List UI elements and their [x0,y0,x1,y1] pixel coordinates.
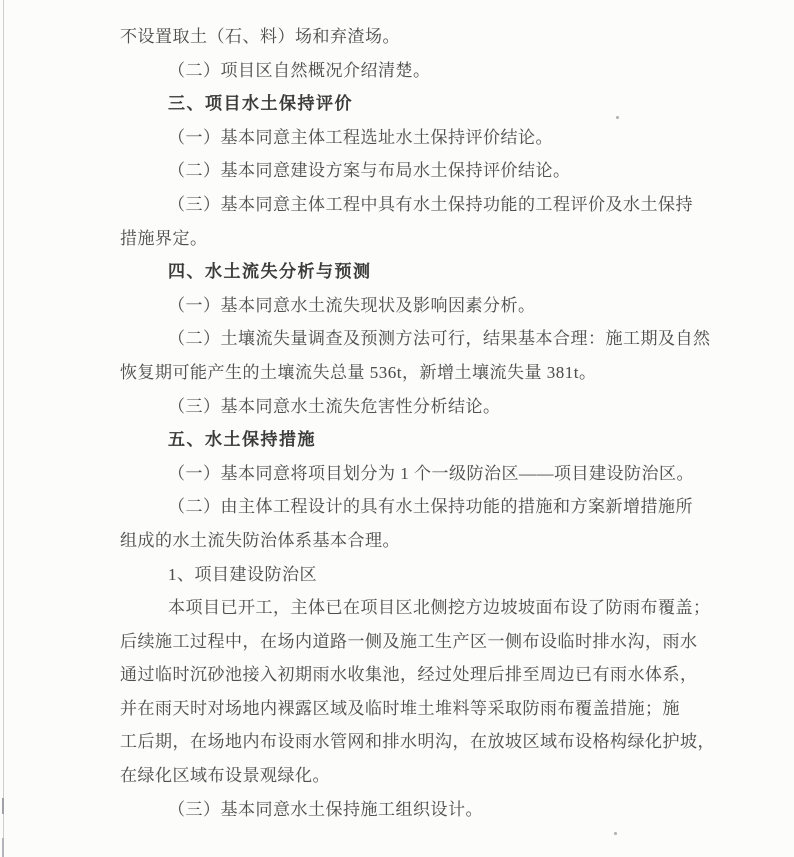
text-line: （二）由主体工程设计的具有水土保持功能的措施和方案新增措施所 [120,490,720,524]
text-line: 组成的水土流失防治体系基本合理。 [120,524,720,558]
text-line: 在绿化区域布设景观绿化。 [120,759,720,793]
text-line: （二）项目区自然概况介绍清楚。 [120,54,720,88]
text-line: （三）基本同意水土流失危害性分析结论。 [120,390,720,424]
text-line: （一）基本同意将项目划分为 1 个一级防治区——项目建设防治区。 [120,457,720,491]
text-line: （二）土壤流失量调查及预测方法可行，结果基本合理：施工期及自然 [120,322,720,356]
text-line: （一）基本同意水土流失现状及影响因素分析。 [120,289,720,323]
text-line: 工后期，在场地内布设雨水管网和排水明沟，在放坡区域布设格构绿化护坡， [120,725,720,759]
text-line: （一）基本同意主体工程选址水土保持评价结论。 [120,121,720,155]
section-heading: 三、项目水土保持评价 [120,87,720,121]
text-line: 恢复期可能产生的土壤流失总量 536t，新增土壤流失量 381t。 [120,356,720,390]
text-line: 1、项目建设防治区 [120,558,720,592]
text-line: （二）基本同意建设方案与布局水土保持评价结论。 [120,154,720,188]
scan-edge-artifact [3,0,4,857]
document-text-block: 不设置取土（石、料）场和弃渣场。 （二）项目区自然概况介绍清楚。 三、项目水土保… [120,20,720,826]
section-heading: 五、水土保持措施 [120,423,720,457]
scan-speck [614,832,617,835]
section-heading: 四、水土流失分析与预测 [120,255,720,289]
scan-edge-artifact [2,798,4,814]
text-line: 措施界定。 [120,222,720,256]
text-line: （三）基本同意水土保持施工组织设计。 [120,793,720,827]
text-line: 后续施工过程中，在场内道路一侧及施工生产区一侧布设临时排水沟，雨水 [120,625,720,659]
text-line: 本项目已开工，主体已在项目区北侧挖方边坡坡面布设了防雨布覆盖； [120,591,720,625]
scan-edge-artifact [2,838,4,857]
text-line: 通过临时沉砂池接入初期雨水收集池，经过处理后排至周边已有雨水体系， [120,658,720,692]
text-line: 并在雨天时对场地内裸露区域及临时堆土堆料等采取防雨布覆盖措施；施 [120,692,720,726]
text-line: 不设置取土（石、料）场和弃渣场。 [120,20,720,54]
text-line: （三）基本同意主体工程中具有水土保持功能的工程评价及水土保持 [120,188,720,222]
scanned-document-page: 不设置取土（石、料）场和弃渣场。 （二）项目区自然概况介绍清楚。 三、项目水土保… [0,0,794,857]
